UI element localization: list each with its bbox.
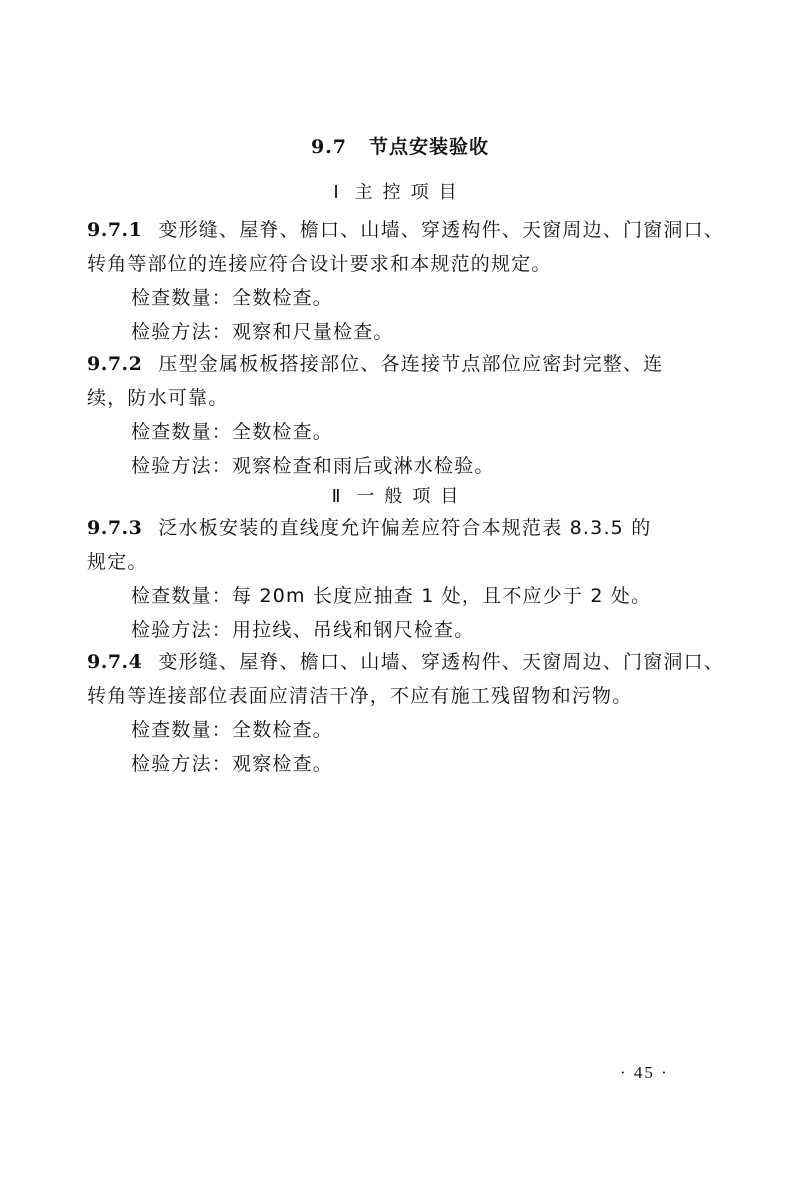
page-number: · 45 · [620,1063,669,1083]
clause-line: 规定。 [87,548,148,576]
check-quantity: 检查数量：每 20m 长度应抽查 1 处，且不应少于 2 处。 [131,582,651,610]
section-heading: 9.7节点安装验收 [0,132,800,159]
check-method: 检验方法：观察和尺量检查。 [131,318,394,346]
subsection-roman: Ⅰ [333,182,338,202]
clause-line: 转角等部位的连接应符合设计要求和本规范的规定。 [87,250,552,278]
clause-line: 转角等连接部位表面应清洁干净，不应有施工残留物和污物。 [87,682,632,710]
subsection-title: 主控项目 [355,182,467,203]
clause-line: 9.7.1变形缝、屋脊、檐口、山墙、穿透构件、天窗周边、门窗洞口、 [87,216,724,244]
clause-line: 9.7.3泛水板安装的直线度允许偏差应符合本规范表 8.3.5 的 [87,514,651,542]
check-quantity: 检查数量：全数检查。 [131,418,333,446]
subsection-heading-general: Ⅱ一般项目 [0,482,800,508]
check-method: 检验方法：观察检查。 [131,750,333,778]
section-title: 节点安装验收 [369,136,489,158]
section-number: 9.7 [311,136,347,158]
check-quantity: 检查数量：全数检查。 [131,284,333,312]
clause-number: 9.7.1 [87,219,142,241]
document-page: 9.7节点安装验收 Ⅰ主控项目 9.7.1变形缝、屋脊、檐口、山墙、穿透构件、天… [0,0,800,1178]
clause-line: 9.7.4变形缝、屋脊、檐口、山墙、穿透构件、天窗周边、门窗洞口、 [87,648,724,676]
subsection-roman: Ⅱ [332,486,341,506]
clause-text: 压型金属板板搭接部位、各连接节点部位应密封完整、连 [158,353,663,375]
clause-text: 泛水板安装的直线度允许偏差应符合本规范表 8.3.5 的 [158,517,651,539]
clause-text: 变形缝、屋脊、檐口、山墙、穿透构件、天窗周边、门窗洞口、 [158,651,724,673]
clause-line: 续，防水可靠。 [87,384,228,412]
clause-number: 9.7.2 [87,353,142,375]
clause-number: 9.7.3 [87,517,142,539]
clause-number: 9.7.4 [87,651,142,673]
clause-text: 变形缝、屋脊、檐口、山墙、穿透构件、天窗周边、门窗洞口、 [158,219,724,241]
subsection-heading-main-control: Ⅰ主控项目 [0,178,800,204]
check-method: 检验方法：用拉线、吊线和钢尺检查。 [131,616,474,644]
check-quantity: 检查数量：全数检查。 [131,716,333,744]
subsection-title: 一般项目 [356,486,468,507]
clause-line: 9.7.2压型金属板板搭接部位、各连接节点部位应密封完整、连 [87,350,663,378]
check-method: 检验方法：观察检查和雨后或淋水检验。 [131,452,495,480]
